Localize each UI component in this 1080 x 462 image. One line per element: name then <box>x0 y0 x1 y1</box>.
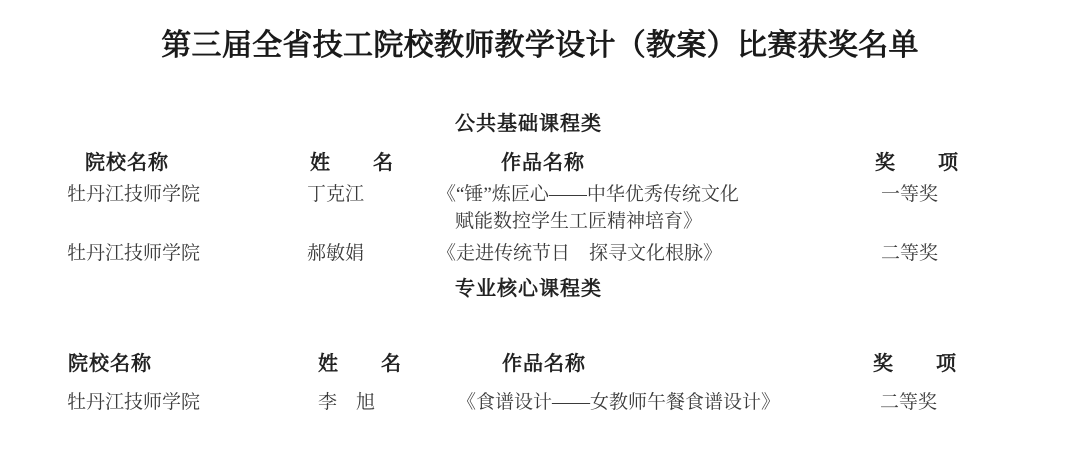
table1-row1-name: 丁克江 <box>307 184 364 206</box>
table1-col-header-school: 院校名称 <box>85 152 169 174</box>
table1-row2-award: 二等奖 <box>881 243 938 265</box>
table1-row1-work-line2: 赋能数控学生工匠精神培育》 <box>455 211 702 233</box>
table1-row1-school: 牡丹江技师学院 <box>67 184 200 206</box>
table1-col-header-name: 姓 名 <box>310 152 394 174</box>
table2-col-header-name: 姓 名 <box>318 353 402 375</box>
table1-col-header-work: 作品名称 <box>501 152 585 174</box>
table1-row1-award: 一等奖 <box>881 184 938 206</box>
table1-row2-work-line1: 《走进传统节日 探寻文化根脉》 <box>437 243 722 265</box>
page-title: 第三届全省技工院校教师教学设计（教案）比赛获奖名单 <box>0 29 1080 62</box>
table2-row1-name: 李 旭 <box>318 392 375 414</box>
table2-row1-school: 牡丹江技师学院 <box>67 392 200 414</box>
table1-row2-school: 牡丹江技师学院 <box>67 243 200 265</box>
table2-col-header-award: 奖 项 <box>873 353 957 375</box>
table1-row1-work-line1: 《“锤”炼匠心——中华优秀传统文化 <box>437 184 739 206</box>
table2-row1-award: 二等奖 <box>880 392 937 414</box>
section-heading-professional-core-courses: 专业核心课程类 <box>455 278 602 300</box>
award-list-document: 第三届全省技工院校教师教学设计（教案）比赛获奖名单 公共基础课程类 院校名称 姓… <box>0 0 1080 462</box>
table1-row2-name: 郝敏娟 <box>307 243 364 265</box>
table2-col-header-school: 院校名称 <box>68 353 152 375</box>
table2-col-header-work: 作品名称 <box>502 353 586 375</box>
table2-row1-work-line1: 《食谱设计——女教师午餐食谱设计》 <box>457 392 780 414</box>
table1-col-header-award: 奖 项 <box>875 152 959 174</box>
section-heading-public-basic-courses: 公共基础课程类 <box>455 113 602 135</box>
